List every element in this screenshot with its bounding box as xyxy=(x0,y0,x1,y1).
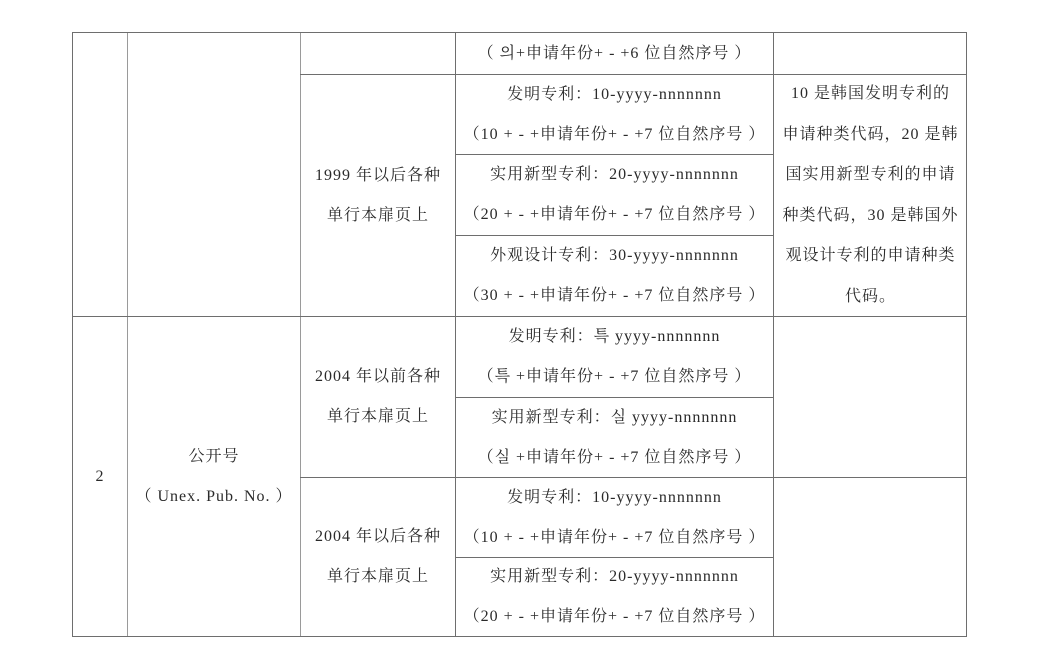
row-index-cell: 2 xyxy=(73,317,127,636)
format-cell: 发明专利：특 yyyy-nnnnnnn （특 +申请年份+ - +7 位自然序号… xyxy=(456,317,773,397)
format-cell: 外观设计专利：30-yyyy-nnnnnnn （30 + - +申请年份+ - … xyxy=(456,236,773,316)
format-label: 发明专利：10-yyyy-nnnnnnn xyxy=(507,478,722,518)
period-cell: 1999 年以后各种 单行本扉页上 xyxy=(301,75,455,316)
period-text: 单行本扉页上 xyxy=(327,196,429,236)
note-text: 种类代码，30 是韩国外 xyxy=(782,196,958,237)
row-index: 2 xyxy=(96,457,105,497)
period-cell: 2004 年以前各种 单行本扉页上 xyxy=(301,317,455,477)
format-detail: （10 + - +申请年份+ - +7 位自然序号 ） xyxy=(464,518,766,558)
format-detail: （10 + - +申请年份+ - +7 位自然序号 ） xyxy=(464,115,766,155)
format-label: 实用新型专利：20-yyyy-nnnnnnn xyxy=(490,557,739,597)
format-detail: （30 + - +申请年份+ - +7 位自然序号 ） xyxy=(464,276,766,316)
period-text: 1999 年以后各种 xyxy=(315,156,441,196)
period-text: 2004 年以后各种 xyxy=(315,517,441,557)
number-type-cell: 公开号 （ Unex. Pub. No. ） xyxy=(128,317,300,636)
note-cell-empty xyxy=(774,478,967,636)
period-text: 单行本扉页上 xyxy=(327,397,429,437)
note-text: 代码。 xyxy=(845,277,896,318)
format-detail: （20 + - +申请年份+ - +7 位自然序号 ） xyxy=(464,195,766,235)
format-label: 发明专利：10-yyyy-nnnnnnn xyxy=(507,75,722,115)
format-cell: 实用新型专利：20-yyyy-nnnnnnn （20 + - +申请年份+ - … xyxy=(456,558,773,636)
format-detail: （실 +申请年份+ - +7 位自然序号 ） xyxy=(478,438,752,478)
format-label: 外观设计专利：30-yyyy-nnnnnnn xyxy=(490,236,739,276)
format-label: 实用新型专利：20-yyyy-nnnnnnn xyxy=(490,155,739,195)
note-cell-empty xyxy=(774,317,967,477)
format-cell: 发明专利：10-yyyy-nnnnnnn （10 + - +申请年份+ - +7… xyxy=(456,75,773,154)
note-text: 观设计专利的申请种类 xyxy=(785,236,955,277)
patent-number-format-table: （ 의+申请年份+ - +6 位自然序号 ） 1999 年以后各种 单行本扉页上… xyxy=(72,32,967,637)
period-cell: 2004 年以后各种 单行本扉页上 xyxy=(301,478,455,636)
format-label: 实用新型专利：실 yyyy-nnnnnnn xyxy=(492,398,738,438)
period-text: 单行本扉页上 xyxy=(327,557,429,597)
note-text: 10 是韩国发明专利的 xyxy=(791,74,950,115)
format-detail-cell: （ 의+申请年份+ - +6 位自然序号 ） xyxy=(456,33,773,74)
format-cell: 发明专利：10-yyyy-nnnnnnn （10 + - +申请年份+ - +7… xyxy=(456,478,773,557)
number-type-name-en: （ Unex. Pub. No. ） xyxy=(135,477,292,517)
note-text: 国实用新型专利的申请 xyxy=(785,155,955,196)
format-detail: （ 의+申请年份+ - +6 位自然序号 ） xyxy=(478,34,752,74)
format-detail: （20 + - +申请年份+ - +7 位自然序号 ） xyxy=(464,597,766,637)
period-text: 2004 年以前各种 xyxy=(315,357,441,397)
format-detail: （특 +申请年份+ - +7 位自然序号 ） xyxy=(478,357,752,397)
format-cell: 实用新型专利：실 yyyy-nnnnnnn （실 +申请年份+ - +7 位自然… xyxy=(456,398,773,477)
format-label: 发明专利：특 yyyy-nnnnnnn xyxy=(509,317,721,357)
note-text: 申请种类代码，20 是韩 xyxy=(782,115,958,156)
note-cell: 10 是韩国发明专利的 申请种类代码，20 是韩 国实用新型专利的申请 种类代码… xyxy=(774,75,967,316)
number-type-name: 公开号 xyxy=(188,437,239,477)
format-cell: 实用新型专利：20-yyyy-nnnnnnn （20 + - +申请年份+ - … xyxy=(456,155,773,235)
